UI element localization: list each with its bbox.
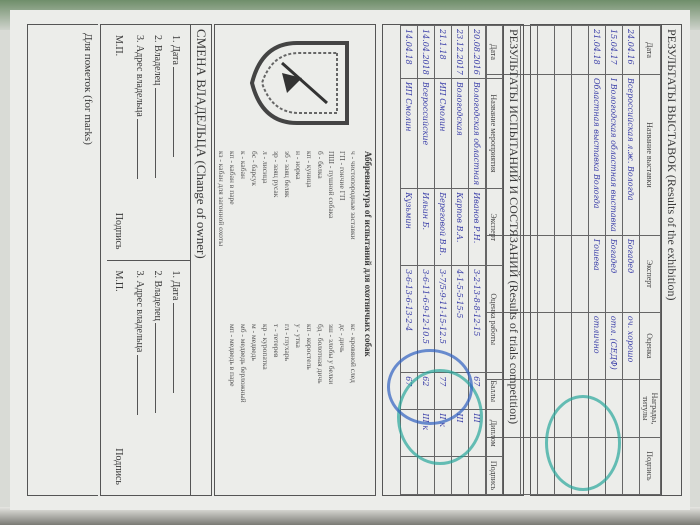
owner-address-field[interactable]: 3. Адрес владельца <box>130 35 148 250</box>
col-exhibition-name: Название выставки <box>640 75 661 236</box>
col-event-name: Название мероприятия <box>486 78 503 188</box>
owner-block-2: 1. Дата 2. Владелец 3. Адрес владельца М… <box>107 261 190 496</box>
cell-signature <box>401 457 418 495</box>
abbr-item: зр - заяц русак <box>271 151 282 316</box>
owner-name-field[interactable]: 2. Владелец <box>148 271 166 486</box>
abbr-item: мп - медведь в паре <box>227 324 238 489</box>
col-signature: Подпись <box>640 438 661 495</box>
cell-expert: Гошева <box>589 235 606 312</box>
col-grade: Оценка <box>640 312 661 379</box>
club-stamp-blue <box>387 349 473 425</box>
cell-date: 14.04.2018 <box>418 26 435 79</box>
trials-results-title: РЕЗУЛЬТАТЫ ИСПЫТАНИЙ И СОСТЯЗАНИЙ (Resul… <box>503 25 523 495</box>
abbr-item: бд - болотная дичь <box>315 324 326 489</box>
abbreviations-title: Аббревиатура of испытаний для охотничьих… <box>361 145 375 495</box>
club-stamp <box>545 395 621 491</box>
abbr-item: кс - кровяной след <box>348 324 359 489</box>
document-page: РЕЗУЛЬТАТЫ ВЫСТАВОК (Results of the exhi… <box>10 10 690 510</box>
stamp-place-label: М.П. <box>113 35 124 56</box>
cell-date: 21.1.18 <box>435 26 452 79</box>
col-work-grade: Оценка работы <box>486 266 503 373</box>
owner-address-field[interactable]: 3. Адрес владельца <box>130 271 148 486</box>
col-signature: Подпись <box>486 457 503 495</box>
notes-label: Для пометок (for marks) <box>78 25 98 495</box>
col-expert: Эксперт <box>640 235 661 312</box>
stamp-place-label: М.П. <box>113 271 124 292</box>
signature-label: Подпись <box>113 213 124 250</box>
owner-block-1: 1. Дата 2. Владелец 3. Адрес владельца М… <box>107 25 190 261</box>
abbr-item: ГП - гончие ГП <box>337 151 348 316</box>
cell-name: I Вологодская областная выставка <box>606 75 623 236</box>
abbr-item: кр - куропатка <box>260 324 271 489</box>
owner-date-field[interactable]: 1. Дата <box>166 35 184 250</box>
cell-signature <box>623 438 640 495</box>
exhibition-results-section: РЕЗУЛЬТАТЫ ВЫСТАВОК (Results of the exhi… <box>530 24 682 496</box>
abbr-item: т - тетерев <box>271 324 282 489</box>
cell-work: 3-2-13-8-8-12-15 <box>469 266 486 373</box>
cell-date: 15.04.17 <box>606 26 623 75</box>
cell-name: Всероссийские <box>418 78 435 188</box>
cell-name: Вологодская областная <box>469 78 486 188</box>
cell-name: ИП Смолин <box>401 78 418 188</box>
exhibition-results-title: РЕЗУЛЬТАТЫ ВЫСТАВОК (Results of the exhi… <box>661 25 681 495</box>
abbreviations-list: ч - чистопородные заставки ГП - гончие Г… <box>214 145 361 495</box>
cell-expert: Карпов В.А. <box>452 189 469 266</box>
col-awards: Награды, титулы <box>640 379 661 437</box>
abbr-item: кп - коростель <box>304 324 315 489</box>
col-expert: Эксперт <box>486 189 503 266</box>
cell-name: Всероссийская л.ж. Вологда <box>623 75 640 236</box>
abbr-item: гл - глухарь <box>282 324 293 489</box>
notes-section: Для пометок (for marks) <box>27 24 98 496</box>
abbr-item: ПШ - пушной собака <box>326 151 337 316</box>
abbr-item: зб - заяц беляк <box>282 151 293 316</box>
change-of-owner-title: СМЕНА ВЛАДЕЛЬЦА (Change of owner) <box>190 25 211 495</box>
emblem-logo <box>247 33 357 133</box>
cell-expert: Богадед <box>623 235 640 312</box>
abbr-item: бс - барсук <box>249 151 260 316</box>
change-of-owner-section: СМЕНА ВЛАДЕЛЬЦА (Change of owner) 1. Дат… <box>100 24 212 496</box>
cell-name: ИП Смолин <box>435 78 452 188</box>
cell-date: 20.08.2016 <box>469 26 486 79</box>
owner-date-field[interactable]: 1. Дата <box>166 271 184 486</box>
abbr-item: кп - куница <box>304 151 315 316</box>
abbr-item: мб - медведь берложный <box>238 324 249 489</box>
cell-date: 23.12.2017 <box>452 26 469 79</box>
cell-expert: Богадед <box>606 235 623 312</box>
abbr-item: кз - кабан для загонной охоты <box>216 151 227 316</box>
cell-grade: отлично <box>589 312 606 379</box>
cell-signature <box>469 457 486 495</box>
abbr-item: к - кабан <box>238 151 249 316</box>
abbr-item: м - медведь <box>249 324 260 489</box>
col-points: Баллы <box>486 373 503 410</box>
cell-awards <box>623 379 640 437</box>
table-row: 24.04.16 Всероссийская л.ж. Вологда Бога… <box>623 26 640 495</box>
cell-expert: Ильин Б. <box>418 189 435 266</box>
signature-label: Подпись <box>113 448 124 485</box>
cell-expert: Иванов Р.Н. <box>469 189 486 266</box>
cell-grade: оч. хорошо <box>623 312 640 379</box>
col-date: Дата <box>486 26 503 79</box>
abbr-item: кп - кабан в паре <box>227 151 238 316</box>
cell-name: Областная выставка Вологда <box>589 75 606 236</box>
abbr-item: у - утка <box>293 324 304 489</box>
cell-date: 24.04.16 <box>623 26 640 75</box>
abbr-item: зш - злобы у белки <box>326 324 337 489</box>
trials-results-section: РЕЗУЛЬТАТЫ ИСПЫТАНИЙ И СОСТЯЗАНИЙ (Resul… <box>382 24 524 496</box>
abbr-item: н - норка <box>293 151 304 316</box>
abbr-item: ч - чистопородные заставки <box>348 151 359 316</box>
col-date: Дата <box>640 26 661 75</box>
cell-grade: отл. (СЕДФ) <box>606 312 623 379</box>
cell-expert: Береговой В.В. <box>435 189 452 266</box>
abbreviations-section: Аббревиатура of испытаний для охотничьих… <box>214 24 376 496</box>
abbr-item: дс - дичь <box>337 324 348 489</box>
cell-date: 21.04.18 <box>589 26 606 75</box>
abbr-item: б - белка <box>315 151 326 316</box>
cell-date: 14.04.18 <box>401 26 418 79</box>
owner-name-field[interactable]: 2. Владелец <box>148 35 166 250</box>
cell-expert: Кузьмин <box>401 189 418 266</box>
abbr-item: л - лисица <box>260 151 271 316</box>
col-diploma: Диплом <box>486 410 503 457</box>
cell-name: Вологодская <box>452 78 469 188</box>
